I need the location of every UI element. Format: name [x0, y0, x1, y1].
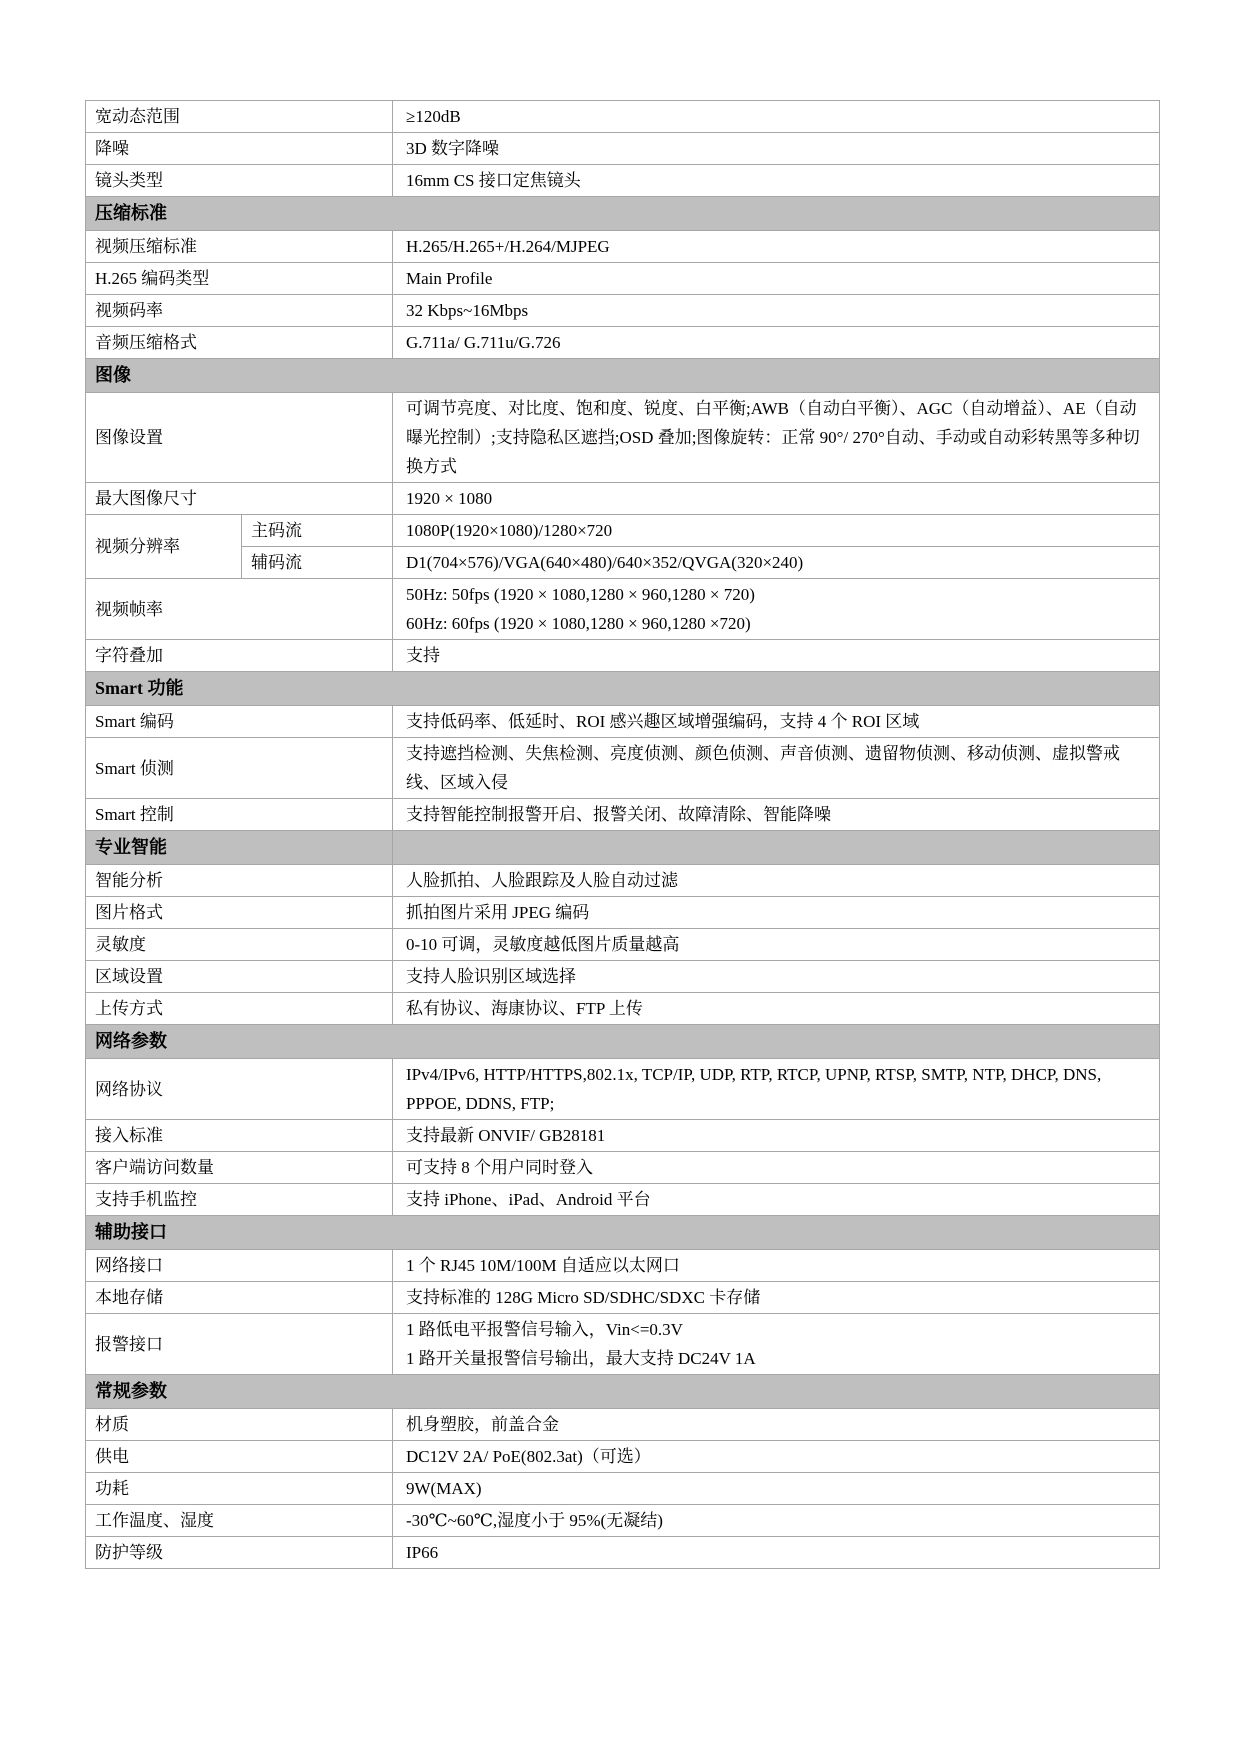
table-row: 网络协议 IPv4/IPv6, HTTP/HTTPS,802.1x, TCP/I… — [86, 1059, 1160, 1120]
section-title: Smart 功能 — [86, 672, 1160, 706]
spec-label: 字符叠加 — [86, 640, 393, 672]
spec-value: H.265/H.265+/H.264/MJPEG — [393, 231, 1160, 263]
table-row: H.265 编码类型 Main Profile — [86, 263, 1160, 295]
spec-label: 功耗 — [86, 1473, 393, 1505]
spec-label: 本地存储 — [86, 1282, 393, 1314]
section-title: 专业智能 — [86, 831, 393, 865]
spec-value: IPv4/IPv6, HTTP/HTTPS,802.1x, TCP/IP, UD… — [393, 1059, 1160, 1120]
spec-value: 1080P(1920×1080)/1280×720 — [393, 515, 1160, 547]
table-row: Smart 编码 支持低码率、低延时、ROI 感兴趣区域增强编码，支持 4 个 … — [86, 706, 1160, 738]
table-row: 视频码率 32 Kbps~16Mbps — [86, 295, 1160, 327]
spec-value: 9W(MAX) — [393, 1473, 1160, 1505]
section-header-row: 压缩标准 — [86, 197, 1160, 231]
spec-label: 最大图像尺寸 — [86, 483, 393, 515]
spec-label: 供电 — [86, 1441, 393, 1473]
table-row: 图像设置 可调节亮度、对比度、饱和度、锐度、白平衡;AWB（自动白平衡）、AGC… — [86, 393, 1160, 483]
spec-label: 网络接口 — [86, 1250, 393, 1282]
spec-label: 灵敏度 — [86, 929, 393, 961]
spec-value: 私有协议、海康协议、FTP 上传 — [393, 993, 1160, 1025]
spec-value: Main Profile — [393, 263, 1160, 295]
spec-value: 人脸抓拍、人脸跟踪及人脸自动过滤 — [393, 865, 1160, 897]
spec-label: 图像设置 — [86, 393, 393, 483]
spec-value: ≥120dB — [393, 101, 1160, 133]
section-header-row: Smart 功能 — [86, 672, 1160, 706]
section-title: 压缩标准 — [86, 197, 1160, 231]
spec-value: 支持遮挡检测、失焦检测、亮度侦测、颜色侦测、声音侦测、遗留物侦测、移动侦测、虚拟… — [393, 738, 1160, 799]
spec-label: 接入标准 — [86, 1120, 393, 1152]
section-header-row: 网络参数 — [86, 1025, 1160, 1059]
table-row: 报警接口 1 路低电平报警信号输入，Vin<=0.3V 1 路开关量报警信号输出… — [86, 1314, 1160, 1375]
spec-sublabel: 主码流 — [242, 515, 393, 547]
spec-label: Smart 编码 — [86, 706, 393, 738]
table-row: 辅码流 D1(704×576)/VGA(640×480)/640×352/QVG… — [86, 547, 1160, 579]
table-row: 视频压缩标准 H.265/H.265+/H.264/MJPEG — [86, 231, 1160, 263]
section-title: 常规参数 — [86, 1375, 1160, 1409]
spec-value: 16mm CS 接口定焦镜头 — [393, 165, 1160, 197]
table-row: 本地存储 支持标准的 128G Micro SD/SDHC/SDXC 卡存储 — [86, 1282, 1160, 1314]
spec-sublabel: 辅码流 — [242, 547, 393, 579]
document-page: 宽动态范围 ≥120dB 降噪 3D 数字降噪 镜头类型 16mm CS 接口定… — [0, 0, 1240, 1754]
table-row: 视频帧率 50Hz: 50fps (1920 × 1080,1280 × 960… — [86, 579, 1160, 640]
spec-label: 材质 — [86, 1409, 393, 1441]
spec-value: 1 路低电平报警信号输入，Vin<=0.3V 1 路开关量报警信号输出，最大支持… — [393, 1314, 1160, 1375]
spec-value: 抓拍图片采用 JPEG 编码 — [393, 897, 1160, 929]
spec-label: 报警接口 — [86, 1314, 393, 1375]
table-row: 音频压缩格式 G.711a/ G.711u/G.726 — [86, 327, 1160, 359]
spec-value: 支持 — [393, 640, 1160, 672]
spec-value: 支持智能控制报警开启、报警关闭、故障清除、智能降噪 — [393, 799, 1160, 831]
section-header-row: 专业智能 — [86, 831, 1160, 865]
spec-value: 支持 iPhone、iPad、Android 平台 — [393, 1184, 1160, 1216]
table-row: 供电 DC12V 2A/ PoE(802.3at)（可选） — [86, 1441, 1160, 1473]
spec-value: 支持人脸识别区域选择 — [393, 961, 1160, 993]
table-row: 网络接口 1 个 RJ45 10M/100M 自适应以太网口 — [86, 1250, 1160, 1282]
spec-table: 宽动态范围 ≥120dB 降噪 3D 数字降噪 镜头类型 16mm CS 接口定… — [85, 100, 1160, 1569]
table-row: 防护等级 IP66 — [86, 1537, 1160, 1569]
table-row: 区域设置 支持人脸识别区域选择 — [86, 961, 1160, 993]
table-row: Smart 侦测 支持遮挡检测、失焦检测、亮度侦测、颜色侦测、声音侦测、遗留物侦… — [86, 738, 1160, 799]
section-title: 辅助接口 — [86, 1216, 1160, 1250]
spec-label: 图片格式 — [86, 897, 393, 929]
table-row: 工作温度、湿度 -30℃~60℃,湿度小于 95%(无凝结) — [86, 1505, 1160, 1537]
spec-value: 机身塑胶，前盖合金 — [393, 1409, 1160, 1441]
spec-value: 3D 数字降噪 — [393, 133, 1160, 165]
spec-label: 镜头类型 — [86, 165, 393, 197]
table-row: 字符叠加 支持 — [86, 640, 1160, 672]
spec-label: 视频压缩标准 — [86, 231, 393, 263]
value-line: 60Hz: 60fps (1920 × 1080,1280 × 960,1280… — [406, 609, 1151, 638]
table-row: 视频分辨率 主码流 1080P(1920×1080)/1280×720 — [86, 515, 1160, 547]
value-line: 50Hz: 50fps (1920 × 1080,1280 × 960,1280… — [406, 580, 1151, 609]
spec-label: 智能分析 — [86, 865, 393, 897]
spec-value: 1920 × 1080 — [393, 483, 1160, 515]
section-title: 图像 — [86, 359, 1160, 393]
section-header-row: 常规参数 — [86, 1375, 1160, 1409]
spec-label: 防护等级 — [86, 1537, 393, 1569]
spec-label: 视频码率 — [86, 295, 393, 327]
spec-value: 可支持 8 个用户同时登入 — [393, 1152, 1160, 1184]
spec-label: 网络协议 — [86, 1059, 393, 1120]
spec-value: 支持标准的 128G Micro SD/SDHC/SDXC 卡存储 — [393, 1282, 1160, 1314]
spec-label: 宽动态范围 — [86, 101, 393, 133]
spec-label: 视频帧率 — [86, 579, 393, 640]
spec-label: Smart 侦测 — [86, 738, 393, 799]
spec-value: DC12V 2A/ PoE(802.3at)（可选） — [393, 1441, 1160, 1473]
spec-label: 上传方式 — [86, 993, 393, 1025]
table-row: 宽动态范围 ≥120dB — [86, 101, 1160, 133]
spec-value: 50Hz: 50fps (1920 × 1080,1280 × 960,1280… — [393, 579, 1160, 640]
spec-value: 支持低码率、低延时、ROI 感兴趣区域增强编码，支持 4 个 ROI 区域 — [393, 706, 1160, 738]
spec-label: 音频压缩格式 — [86, 327, 393, 359]
spec-label: 工作温度、湿度 — [86, 1505, 393, 1537]
table-row: 降噪 3D 数字降噪 — [86, 133, 1160, 165]
spec-value: G.711a/ G.711u/G.726 — [393, 327, 1160, 359]
spec-label: Smart 控制 — [86, 799, 393, 831]
spec-value: IP66 — [393, 1537, 1160, 1569]
spec-value: 32 Kbps~16Mbps — [393, 295, 1160, 327]
spec-value: 1 个 RJ45 10M/100M 自适应以太网口 — [393, 1250, 1160, 1282]
section-title: 网络参数 — [86, 1025, 1160, 1059]
section-header-row: 图像 — [86, 359, 1160, 393]
spec-label: 降噪 — [86, 133, 393, 165]
spec-value: D1(704×576)/VGA(640×480)/640×352/QVGA(32… — [393, 547, 1160, 579]
table-row: 上传方式 私有协议、海康协议、FTP 上传 — [86, 993, 1160, 1025]
spec-value: 可调节亮度、对比度、饱和度、锐度、白平衡;AWB（自动白平衡）、AGC（自动增益… — [393, 393, 1160, 483]
table-row: 材质 机身塑胶，前盖合金 — [86, 1409, 1160, 1441]
table-row: 接入标准 支持最新 ONVIF/ GB28181 — [86, 1120, 1160, 1152]
table-row: 功耗 9W(MAX) — [86, 1473, 1160, 1505]
spec-label: H.265 编码类型 — [86, 263, 393, 295]
spec-label: 支持手机监控 — [86, 1184, 393, 1216]
table-row: 最大图像尺寸 1920 × 1080 — [86, 483, 1160, 515]
table-row: 支持手机监控 支持 iPhone、iPad、Android 平台 — [86, 1184, 1160, 1216]
value-line: 1 路开关量报警信号输出，最大支持 DC24V 1A — [406, 1344, 1151, 1373]
table-row: Smart 控制 支持智能控制报警开启、报警关闭、故障清除、智能降噪 — [86, 799, 1160, 831]
spec-value: 支持最新 ONVIF/ GB28181 — [393, 1120, 1160, 1152]
spec-label: 区域设置 — [86, 961, 393, 993]
value-line: 1 路低电平报警信号输入，Vin<=0.3V — [406, 1315, 1151, 1344]
table-row: 智能分析 人脸抓拍、人脸跟踪及人脸自动过滤 — [86, 865, 1160, 897]
spec-label: 客户端访问数量 — [86, 1152, 393, 1184]
section-header-row: 辅助接口 — [86, 1216, 1160, 1250]
table-row: 镜头类型 16mm CS 接口定焦镜头 — [86, 165, 1160, 197]
table-row: 图片格式 抓拍图片采用 JPEG 编码 — [86, 897, 1160, 929]
table-row: 客户端访问数量 可支持 8 个用户同时登入 — [86, 1152, 1160, 1184]
spec-value: 0-10 可调，灵敏度越低图片质量越高 — [393, 929, 1160, 961]
table-row: 灵敏度 0-10 可调，灵敏度越低图片质量越高 — [86, 929, 1160, 961]
spec-value: -30℃~60℃,湿度小于 95%(无凝结) — [393, 1505, 1160, 1537]
section-title-spacer — [393, 831, 1160, 865]
spec-label: 视频分辨率 — [86, 515, 242, 579]
